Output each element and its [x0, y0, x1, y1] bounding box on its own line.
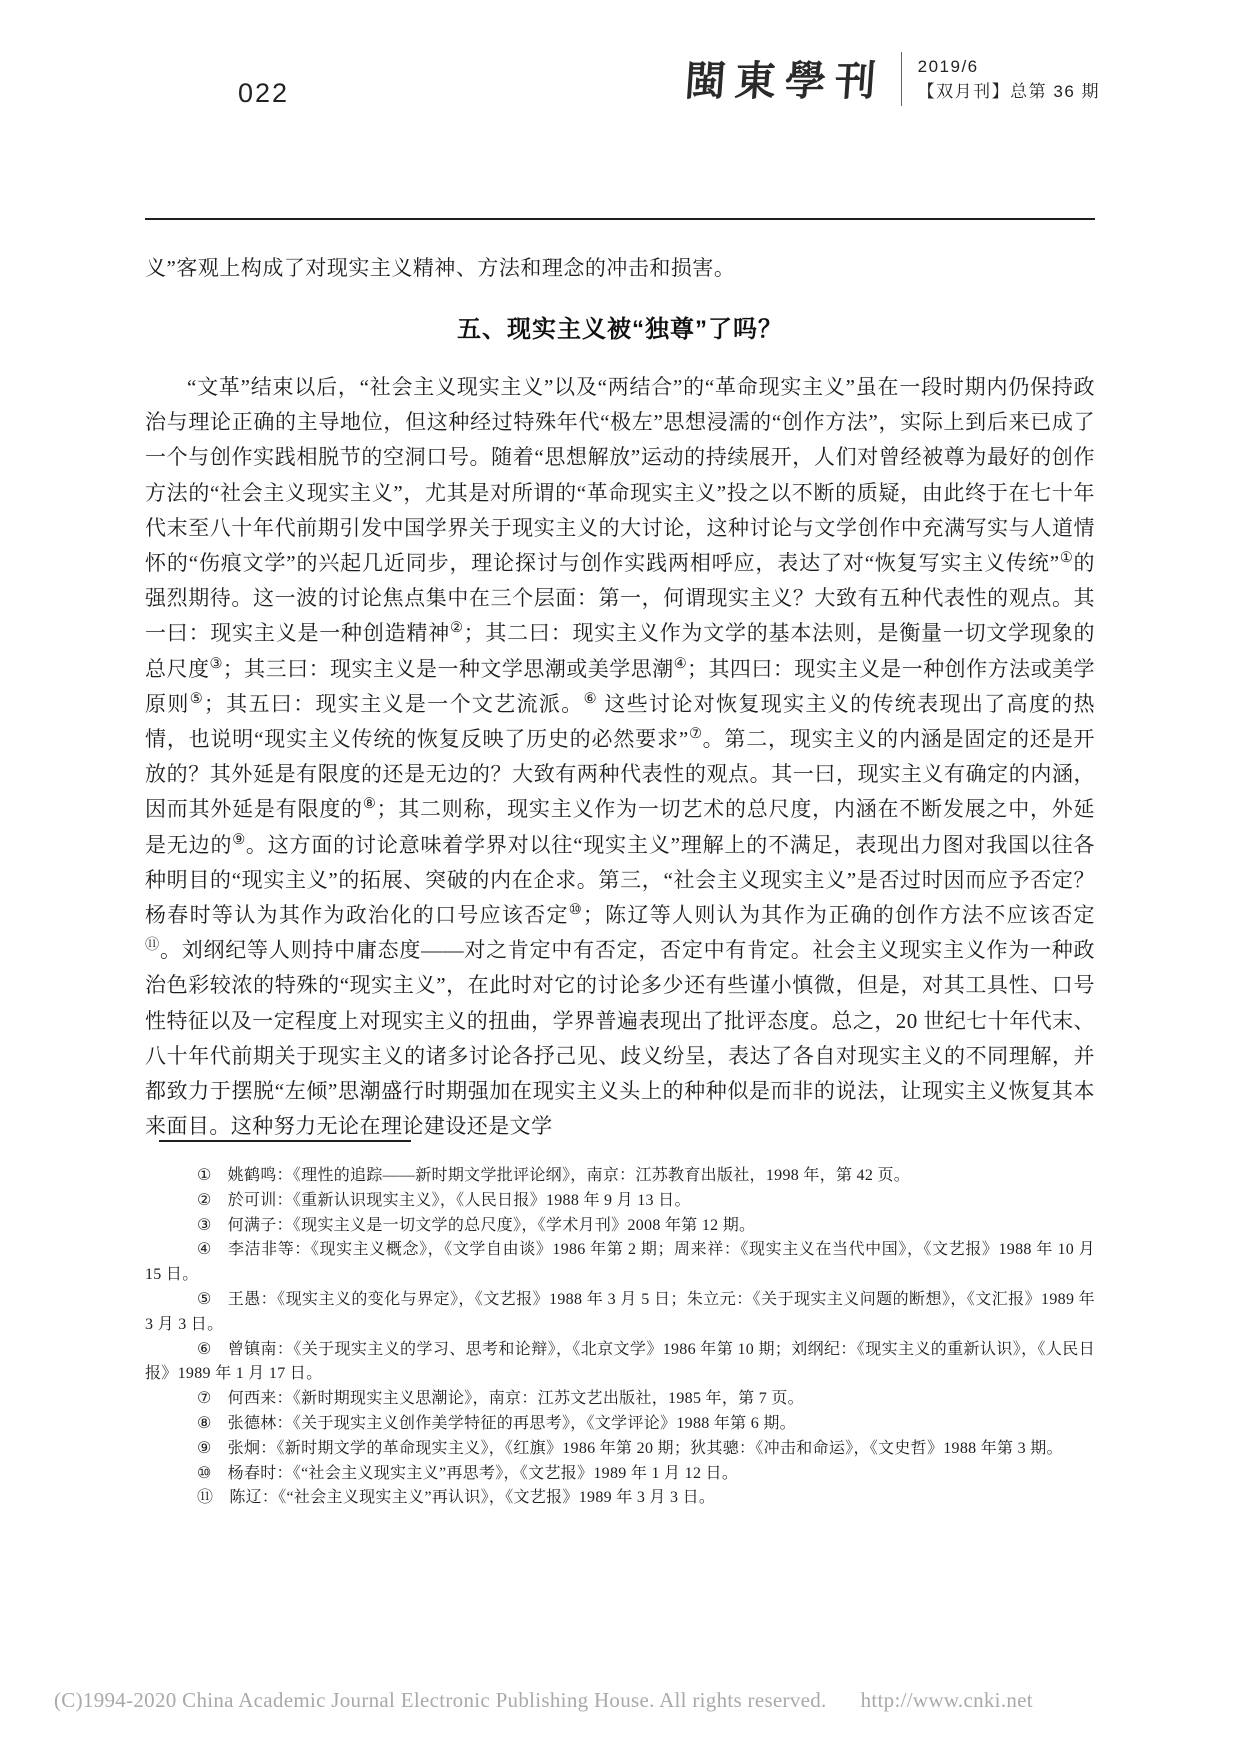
footnote-ref: ③: [209, 656, 222, 672]
paragraph-text: ；陈辽等人则认为其作为正确的创作方法不应该否定: [583, 903, 1095, 927]
footnote-item: ⑤王愚：《现实主义的变化与界定》，《文艺报》1988 年 3 月 5 日；朱立元…: [145, 1288, 1095, 1338]
footnote-ref: ⑩: [569, 902, 583, 918]
footnote-ref: ②: [450, 620, 464, 636]
footnote-ref: ⑤: [190, 691, 204, 707]
footer-copyright: (C)1994-2020 China Academic Journal Elec…: [54, 1688, 827, 1712]
article-content: 义”客观上构成了对现实主义精神、方法和理念的冲击和损害。 五、现实主义被“独尊”…: [145, 0, 1095, 1146]
paragraph-text: “文革”结束以后，“社会主义现实主义”以及“两结合”的“革命现实主义”虽在一段时…: [145, 375, 1095, 575]
footnote-text: 陈辽：《“社会主义现实主义”再认识》，《文艺报》1989 年 3 月 3 日。: [229, 1489, 715, 1506]
footnote-marker: ⑧: [197, 1415, 212, 1432]
page-footer: (C)1994-2020 China Academic Journal Elec…: [54, 1688, 1033, 1713]
footnote-marker: ⑦: [197, 1390, 212, 1407]
footnote-text: 张德林：《关于现实主义创作美学特征的再思考》，《文学评论》1988 年第 6 期…: [228, 1415, 796, 1432]
footnote-text: 杨春时：《“社会主义现实主义”再思考》，《文艺报》1989 年 1 月 12 日…: [228, 1465, 739, 1482]
footnote-item: ⑥曾镇南：《关于现实主义的学习、思考和论辩》，《北京文学》1986 年第 10 …: [145, 1338, 1095, 1388]
footnote-marker: ⑥: [197, 1341, 212, 1358]
footnote-text: 王愚：《现实主义的变化与界定》，《文艺报》1988 年 3 月 5 日；朱立元：…: [145, 1291, 1095, 1333]
footnote-ref: ④: [674, 656, 687, 672]
footnote-marker: ⑨: [197, 1440, 212, 1457]
footnote-text: 曾镇南：《关于现实主义的学习、思考和论辩》，《北京文学》1986 年第 10 期…: [145, 1341, 1095, 1383]
footnote-item: ④李洁非等：《现实主义概念》，《文学自由谈》1986 年第 2 期；周来祥：《现…: [145, 1238, 1095, 1288]
footnote-item: ⑧张德林：《关于现实主义创作美学特征的再思考》，《文学评论》1988 年第 6 …: [145, 1412, 1095, 1437]
footnote-marker: ⑩: [197, 1465, 212, 1482]
section-heading: 五、现实主义被“独尊”了吗？: [145, 309, 1095, 344]
footnote-item: ①姚鹤鸣：《理性的追踪——新时期文学批评论纲》，南京：江苏教育出版社，1998 …: [145, 1164, 1095, 1189]
footnote-ref: ⑨: [232, 832, 246, 848]
footnote-ref: ⑦: [689, 726, 703, 742]
footnote-ref: ①: [1059, 550, 1073, 566]
body-paragraph: “文革”结束以后，“社会主义现实主义”以及“两结合”的“革命现实主义”虽在一段时…: [145, 370, 1095, 1146]
footnote-marker: ①: [197, 1167, 212, 1184]
footnote-text: 何西来：《新时期现实主义思潮论》，南京：江苏文艺出版社，1985 年，第 7 页…: [228, 1390, 804, 1407]
footnotes-section: ①姚鹤鸣：《理性的追踪——新时期文学批评论纲》，南京：江苏教育出版社，1998 …: [145, 1140, 1095, 1511]
footnotes-list: ①姚鹤鸣：《理性的追踪——新时期文学批评论纲》，南京：江苏教育出版社，1998 …: [145, 1164, 1095, 1511]
footnote-marker: ②: [197, 1192, 212, 1209]
footnote-text: 姚鹤鸣：《理性的追踪——新时期文学批评论纲》，南京：江苏教育出版社，1998 年…: [228, 1167, 910, 1184]
paragraph-text: ；其三曰：现实主义是一种文学思潮或美学思潮: [223, 657, 674, 681]
footnote-text: 何满子：《现实主义是一切文学的总尺度》，《学术月刊》2008 年第 12 期。: [228, 1217, 756, 1234]
footer-url: http://www.cnki.net: [861, 1688, 1033, 1712]
header-rule: [145, 218, 1095, 220]
footnote-item: ⑨张炯：《新时期文学的革命现实主义》，《红旗》1986 年第 20 期；狄其骢：…: [145, 1437, 1095, 1462]
footnote-ref: ⑧: [363, 796, 377, 812]
footnote-ref: ⑪: [145, 937, 160, 953]
footnote-marker: ⑤: [197, 1291, 212, 1308]
footnote-item: ③何满子：《现实主义是一切文学的总尺度》，《学术月刊》2008 年第 12 期。: [145, 1214, 1095, 1239]
footnote-item: ⑦何西来：《新时期现实主义思潮论》，南京：江苏文艺出版社，1985 年，第 7 …: [145, 1387, 1095, 1412]
footnote-separator: [159, 1140, 411, 1142]
footnote-ref: ⑥: [584, 691, 598, 707]
footnote-marker: ④: [197, 1241, 212, 1258]
footnote-item: ⑪陈辽：《“社会主义现实主义”再认识》，《文艺报》1989 年 3 月 3 日。: [145, 1486, 1095, 1511]
paragraph-text: ；其五曰：现实主义是一个文艺流派。: [204, 692, 584, 716]
paragraph-text: 。刘纲纪等人则持中庸态度——对之肯定中有否定，否定中有肯定。社会主义现实主义作为…: [145, 938, 1095, 1138]
footnote-item: ②於可训：《重新认识现实主义》，《人民日报》1988 年 9 月 13 日。: [145, 1189, 1095, 1214]
footnote-text: 李洁非等：《现实主义概念》，《文学自由谈》1986 年第 2 期；周来祥：《现实…: [145, 1241, 1095, 1283]
footnote-text: 於可训：《重新认识现实主义》，《人民日报》1988 年 9 月 13 日。: [228, 1192, 691, 1209]
footnote-marker: ③: [197, 1217, 212, 1234]
footnote-text: 张炯：《新时期文学的革命现实主义》，《红旗》1986 年第 20 期；狄其骢：《…: [228, 1440, 1063, 1457]
footnote-item: ⑩杨春时：《“社会主义现实主义”再思考》，《文艺报》1989 年 1 月 12 …: [145, 1462, 1095, 1487]
footnote-marker: ⑪: [197, 1489, 213, 1506]
journal-page: 022 閩東學刊 2019/6 【双月刊】总第 36 期 义”客观上构成了对现实…: [0, 0, 1240, 1753]
lead-paragraph: 义”客观上构成了对现实主义精神、方法和理念的冲击和损害。: [145, 251, 1095, 285]
